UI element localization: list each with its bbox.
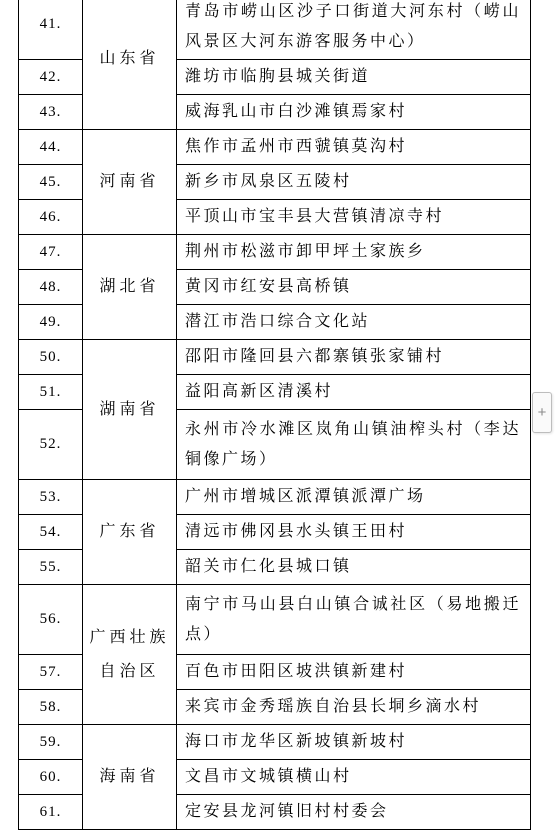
site-cell: 清远市佛冈县水头镇王田村 xyxy=(177,515,531,550)
province-cell: 广西壮族自治区 xyxy=(83,585,177,725)
site-cell: 百色市田阳区坡洪镇新建村 xyxy=(177,655,531,690)
row-number-cell: 49. xyxy=(19,305,83,340)
sites-table-body: 41.山东省青岛市崂山区沙子口街道大河东村（崂山风景区大河东游客服务中心）42.… xyxy=(19,0,531,830)
row-number-cell: 59. xyxy=(19,725,83,760)
row-number-cell: 60. xyxy=(19,760,83,795)
site-cell: 青岛市崂山区沙子口街道大河东村（崂山风景区大河东游客服务中心） xyxy=(177,0,531,60)
site-cell: 来宾市金秀瑶族自治县长垌乡滴水村 xyxy=(177,690,531,725)
site-cell: 潍坊市临朐县城关街道 xyxy=(177,60,531,95)
row-number-cell: 50. xyxy=(19,340,83,375)
row-number-cell: 45. xyxy=(19,165,83,200)
site-cell: 焦作市孟州市西虢镇莫沟村 xyxy=(177,130,531,165)
province-cell: 海南省 xyxy=(83,725,177,830)
province-cell: 河南省 xyxy=(83,130,177,235)
table-row: 56.广西壮族自治区南宁市马山县白山镇合诚社区（易地搬迁点） xyxy=(19,585,531,655)
row-number-cell: 52. xyxy=(19,410,83,480)
site-cell: 广州市增城区派潭镇派潭广场 xyxy=(177,480,531,515)
site-cell: 黄冈市红安县高桥镇 xyxy=(177,270,531,305)
row-number-cell: 58. xyxy=(19,690,83,725)
site-cell: 文昌市文城镇横山村 xyxy=(177,760,531,795)
site-cell: 海口市龙华区新坡镇新坡村 xyxy=(177,725,531,760)
table-row: 59.海南省海口市龙华区新坡镇新坡村 xyxy=(19,725,531,760)
row-number-cell: 54. xyxy=(19,515,83,550)
row-number-cell: 61. xyxy=(19,795,83,830)
site-cell: 韶关市仁化县城口镇 xyxy=(177,550,531,585)
document-page: { "page": { "background": "#ffffff" }, "… xyxy=(0,0,555,830)
table-row: 41.山东省青岛市崂山区沙子口街道大河东村（崂山风景区大河东游客服务中心） xyxy=(19,0,531,60)
site-cell: 威海乳山市白沙滩镇焉家村 xyxy=(177,95,531,130)
table-row: 50.湖南省邵阳市隆回县六都寨镇张家铺村 xyxy=(19,340,531,375)
row-number-cell: 46. xyxy=(19,200,83,235)
sites-table-container: 41.山东省青岛市崂山区沙子口街道大河东村（崂山风景区大河东游客服务中心）42.… xyxy=(18,0,531,830)
province-cell: 山东省 xyxy=(83,0,177,130)
row-number-cell: 55. xyxy=(19,550,83,585)
expand-button[interactable]: + xyxy=(532,392,552,433)
row-number-cell: 56. xyxy=(19,585,83,655)
site-cell: 平顶山市宝丰县大营镇清凉寺村 xyxy=(177,200,531,235)
row-number-cell: 41. xyxy=(19,0,83,60)
site-cell: 新乡市凤泉区五陵村 xyxy=(177,165,531,200)
row-number-cell: 48. xyxy=(19,270,83,305)
row-number-cell: 44. xyxy=(19,130,83,165)
row-number-cell: 51. xyxy=(19,375,83,410)
province-cell: 湖北省 xyxy=(83,235,177,340)
table-row: 47.湖北省荆州市松滋市卸甲坪土家族乡 xyxy=(19,235,531,270)
site-cell: 南宁市马山县白山镇合诚社区（易地搬迁点） xyxy=(177,585,531,655)
site-cell: 益阳高新区清溪村 xyxy=(177,375,531,410)
site-cell: 潜江市浩口综合文化站 xyxy=(177,305,531,340)
row-number-cell: 42. xyxy=(19,60,83,95)
site-cell: 邵阳市隆回县六都寨镇张家铺村 xyxy=(177,340,531,375)
sites-table: 41.山东省青岛市崂山区沙子口街道大河东村（崂山风景区大河东游客服务中心）42.… xyxy=(18,0,531,830)
row-number-cell: 53. xyxy=(19,480,83,515)
row-number-cell: 57. xyxy=(19,655,83,690)
table-row: 44.河南省焦作市孟州市西虢镇莫沟村 xyxy=(19,130,531,165)
row-number-cell: 43. xyxy=(19,95,83,130)
row-number-cell: 47. xyxy=(19,235,83,270)
site-cell: 永州市冷水滩区岚角山镇油榨头村（李达铜像广场） xyxy=(177,410,531,480)
province-cell: 湖南省 xyxy=(83,340,177,480)
site-cell: 荆州市松滋市卸甲坪土家族乡 xyxy=(177,235,531,270)
site-cell: 定安县龙河镇旧村村委会 xyxy=(177,795,531,830)
table-row: 53.广东省广州市增城区派潭镇派潭广场 xyxy=(19,480,531,515)
province-cell: 广东省 xyxy=(83,480,177,585)
